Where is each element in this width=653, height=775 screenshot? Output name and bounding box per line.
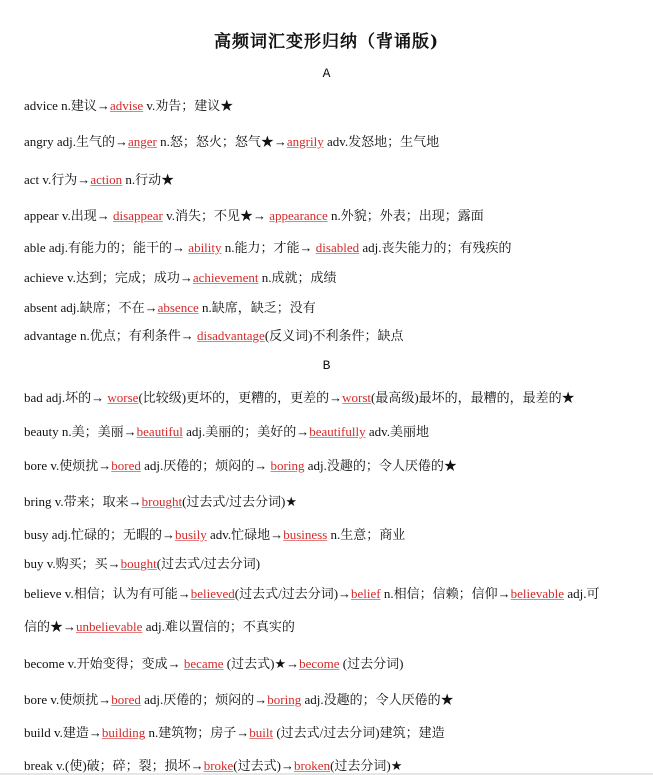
highlighted-word-form: believable — [511, 586, 564, 601]
entry-text: n.能力；才能→ — [222, 240, 316, 255]
highlighted-word-form: become — [299, 656, 339, 671]
vocab-entry: absent adj.缺席；不在→absence n.缺席，缺乏；没有 — [24, 300, 316, 316]
vocab-entry: 信的★→unbelievable adj.难以置信的；不真实的 — [24, 619, 295, 635]
highlighted-word-form: became — [184, 656, 224, 671]
entry-text: n.相信；信赖；信仰→ — [381, 586, 511, 601]
vocab-entry: angry adj.生气的→anger n.怒；怒火；怒气★→angrily a… — [24, 134, 439, 150]
vocab-entry: break v.(使)破；碎；裂；损坏→broke(过去式)→broken(过去… — [24, 758, 402, 774]
vocab-entry: bring v.带来；取来→brought(过去式/过去分词)★ — [24, 494, 297, 510]
highlighted-word-form: built — [249, 725, 273, 740]
entry-text: adj.厌倦的；烦闷的→ — [141, 692, 267, 707]
highlighted-word-form: worst — [342, 390, 371, 405]
highlighted-word-form: believed — [191, 586, 235, 601]
entry-text: adj.可 — [564, 586, 599, 601]
vocab-entry: advice n.建议→advise v.劝告；建议★ — [24, 98, 233, 114]
highlighted-word-form: angrily — [287, 134, 324, 149]
entry-text: act v.行为→ — [24, 172, 90, 187]
highlighted-word-form: beautifully — [309, 424, 365, 439]
highlighted-word-form: belief — [351, 586, 381, 601]
highlighted-word-form: bored — [111, 458, 141, 473]
entry-text: (过去分词) — [340, 656, 404, 671]
entry-text: build v.建造→ — [24, 725, 102, 740]
entry-text: advantage n.优点；有利条件→ — [24, 328, 197, 343]
entry-text: (过去式)★→ — [224, 656, 300, 671]
entry-text: v.劝告；建议★ — [143, 98, 233, 113]
highlighted-word-form: busily — [175, 527, 207, 542]
entry-text: (比较级)更坏的，更糟的，更差的→ — [138, 390, 342, 405]
highlighted-word-form: bought — [121, 556, 157, 571]
highlighted-word-form: broken — [294, 758, 330, 773]
entry-text: v.消失；不见★→ — [163, 208, 269, 223]
highlighted-word-form: anger — [128, 134, 157, 149]
entry-text: believe v.相信；认为有可能→ — [24, 586, 191, 601]
entry-text: n.成就；成绩 — [259, 270, 337, 285]
entry-text: bad adj.坏的→ — [24, 390, 107, 405]
highlighted-word-form: boring — [271, 458, 305, 473]
entry-text: busy adj.忙碌的；无暇的→ — [24, 527, 175, 542]
entry-text: beauty n.美；美丽→ — [24, 424, 137, 439]
entry-text: adj.厌倦的；烦闷的→ — [141, 458, 271, 473]
section-letter-a: A — [0, 66, 653, 81]
entry-text: (过去式/过去分词)★ — [182, 494, 297, 509]
vocab-entry: become v.开始变得；变成→ became (过去式)★→become (… — [24, 656, 403, 672]
vocab-entry: achieve v.达到；完成；成功→achievement n.成就；成绩 — [24, 270, 337, 286]
entry-text: adv.忙碌地→ — [207, 527, 283, 542]
vocab-entry: bore v.使烦扰→bored adj.厌倦的；烦闷的→boring adj.… — [24, 692, 454, 708]
highlighted-word-form: disappear — [113, 208, 163, 223]
entry-text: adv.美丽地 — [366, 424, 429, 439]
entry-text: (过去分词)★ — [330, 758, 402, 773]
entry-text: n.生意；商业 — [327, 527, 405, 542]
highlighted-word-form: absence — [158, 300, 199, 315]
entry-text: adj.丧失能力的；有残疾的 — [359, 240, 511, 255]
entry-text: buy v.购买；买→ — [24, 556, 121, 571]
vocab-entry: busy adj.忙碌的；无暇的→busily adv.忙碌地→business… — [24, 527, 405, 543]
highlighted-word-form: unbelievable — [76, 619, 142, 634]
entry-text: (最高级)最坏的，最糟的，最差的★ — [371, 390, 575, 405]
highlighted-word-form: worse — [107, 390, 138, 405]
entry-text: (过去式/过去分词) — [157, 556, 260, 571]
entry-text: bring v.带来；取来→ — [24, 494, 142, 509]
vocab-entry: act v.行为→action n.行动★ — [24, 172, 174, 188]
highlighted-word-form: ability — [188, 240, 221, 255]
page-title: 高频词汇变形归纳（背诵版) — [0, 27, 653, 52]
entry-text: (过去式)→ — [233, 758, 294, 773]
entry-text: adj.美丽的；美好的→ — [183, 424, 309, 439]
highlighted-word-form: action — [90, 172, 122, 187]
vocab-entry: appear v.出现→ disappear v.消失；不见★→ appeara… — [24, 208, 484, 224]
highlighted-word-form: beautiful — [137, 424, 183, 439]
vocab-entry: beauty n.美；美丽→beautiful adj.美丽的；美好的→beau… — [24, 424, 429, 440]
entry-text: angry adj.生气的→ — [24, 134, 128, 149]
highlighted-word-form: broke — [204, 758, 234, 773]
highlighted-word-form: achievement — [193, 270, 259, 285]
vocab-entry: advantage n.优点；有利条件→ disadvantage(反义词)不利… — [24, 328, 404, 344]
entry-text: (过去式/过去分词)→ — [235, 586, 351, 601]
entry-text: adj.没趣的；令人厌倦的★ — [304, 458, 456, 473]
entry-text: bore v.使烦扰→ — [24, 692, 111, 707]
entry-text: n.行动★ — [122, 172, 174, 187]
highlighted-word-form: building — [102, 725, 145, 740]
highlighted-word-form: disadvantage — [197, 328, 265, 343]
vocab-entry: build v.建造→building n.建筑物；房子→built (过去式/… — [24, 725, 445, 741]
entry-text: (反义词)不利条件；缺点 — [265, 328, 404, 343]
vocab-entry: bore v.使烦扰→bored adj.厌倦的；烦闷的→ boring adj… — [24, 458, 457, 474]
entry-text: bore v.使烦扰→ — [24, 458, 111, 473]
highlighted-word-form: bored — [111, 692, 141, 707]
entry-text: adj.没趣的；令人厌倦的★ — [301, 692, 453, 707]
entry-text: n.怒；怒火；怒气★→ — [157, 134, 287, 149]
entry-text: n.缺席，缺乏；没有 — [199, 300, 316, 315]
highlighted-word-form: boring — [267, 692, 301, 707]
entry-text: appear v.出现→ — [24, 208, 113, 223]
entry-text: 信的★→ — [24, 619, 76, 634]
highlighted-word-form: brought — [142, 494, 182, 509]
entry-text: n.建筑物；房子→ — [145, 725, 249, 740]
highlighted-word-form: appearance — [269, 208, 327, 223]
entry-text: advice n.建议→ — [24, 98, 110, 113]
entry-text: able adj.有能力的；能干的→ — [24, 240, 188, 255]
entry-text: absent adj.缺席；不在→ — [24, 300, 158, 315]
entry-text: break v.(使)破；碎；裂；损坏→ — [24, 758, 204, 773]
highlighted-word-form: business — [283, 527, 327, 542]
entry-text: become v.开始变得；变成→ — [24, 656, 184, 671]
vocab-entry: believe v.相信；认为有可能→believed(过去式/过去分词)→be… — [24, 586, 599, 602]
section-letter-b: B — [0, 358, 653, 373]
highlighted-word-form: advise — [110, 98, 143, 113]
entry-text: (过去式/过去分词)建筑；建造 — [273, 725, 445, 740]
vocab-entry: able adj.有能力的；能干的→ ability n.能力；才能→ disa… — [24, 240, 512, 256]
entry-text: n.外貌；外表；出现；露面 — [328, 208, 484, 223]
entry-text: adv.发怒地；生气地 — [324, 134, 439, 149]
entry-text: adj.难以置信的；不真实的 — [142, 619, 294, 634]
vocab-entry: bad adj.坏的→ worse(比较级)更坏的，更糟的，更差的→worst(… — [24, 390, 575, 406]
entry-text: achieve v.达到；完成；成功→ — [24, 270, 193, 285]
highlighted-word-form: disabled — [316, 240, 359, 255]
vocab-entry: buy v.购买；买→bought(过去式/过去分词) — [24, 556, 260, 572]
